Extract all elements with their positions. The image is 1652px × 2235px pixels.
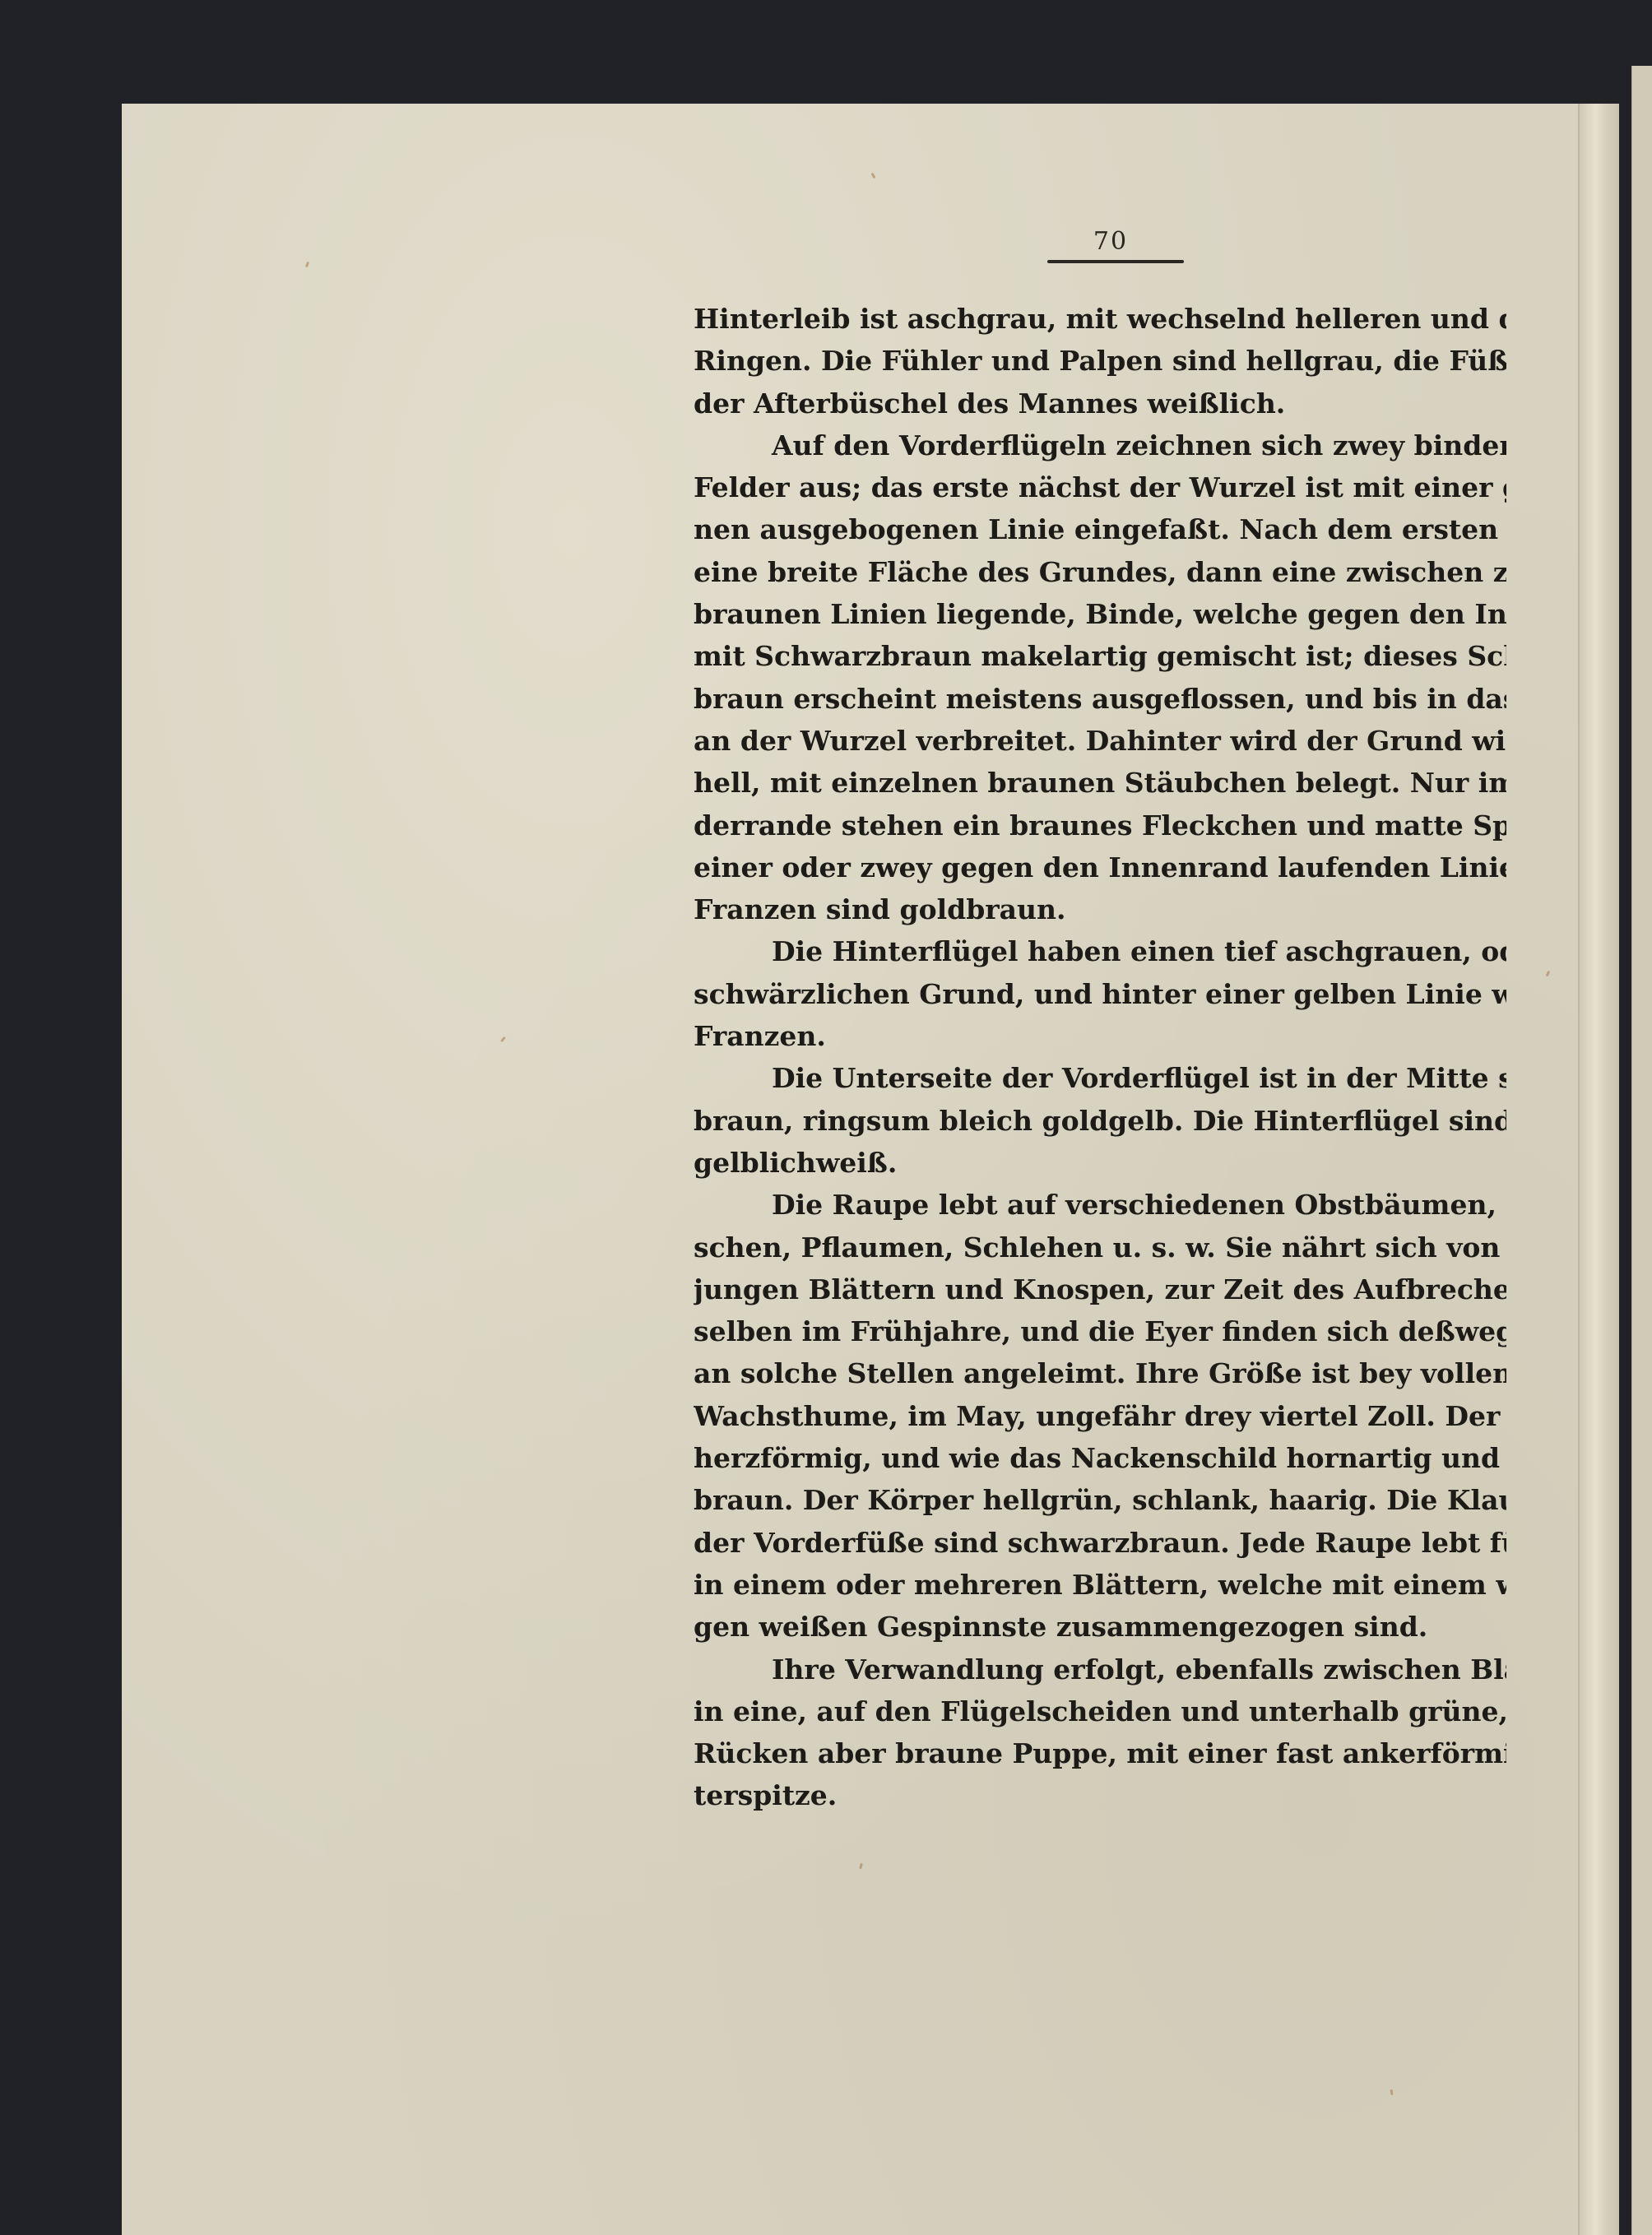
text-line: Franzen sind goldbraun. xyxy=(694,888,1506,930)
text-line: gen weißen Gespinnste zusammengezogen si… xyxy=(694,1606,1506,1648)
header-rule xyxy=(1047,260,1184,263)
page-number: 70 xyxy=(1049,227,1172,256)
text-line: in einem oder mehreren Blättern, welche … xyxy=(694,1564,1506,1606)
text-line: braun. Der Körper hellgrün, schlank, haa… xyxy=(694,1479,1506,1521)
text-line: selben im Frühjahre, und die Eyer finden… xyxy=(694,1310,1506,1352)
text-line: Wachsthume, im May, ungefähr drey vierte… xyxy=(694,1395,1506,1437)
text-line: der Vorderfüße sind schwarzbraun. Jede R… xyxy=(694,1522,1506,1564)
text-line: mit Schwarzbraun makelartig gemischt ist… xyxy=(694,635,1506,677)
text-line: jungen Blättern und Knospen, zur Zeit de… xyxy=(694,1268,1506,1310)
text-line: in eine, auf den Flügelscheiden und unte… xyxy=(694,1690,1506,1732)
text-line: Franzen. xyxy=(694,1015,1506,1057)
body-text: Hinterleib ist aschgrau, mit wechselnd h… xyxy=(694,298,1506,1817)
text-line: Die Unterseite der Vorderflügel ist in d… xyxy=(694,1057,1506,1099)
text-line: schwärzlichen Grund, und hinter einer ge… xyxy=(694,973,1506,1015)
text-line: Hinterleib ist aschgrau, mit wechselnd h… xyxy=(694,298,1506,340)
paragraph: Ihre Verwandlung erfolgt, ebenfalls zwis… xyxy=(694,1648,1506,1817)
text-line: Ihre Verwandlung erfolgt, ebenfalls zwis… xyxy=(694,1648,1506,1690)
text-line: herzförmig, und wie das Nackenschild hor… xyxy=(694,1437,1506,1479)
text-line: braun, ringsum bleich goldgelb. Die Hint… xyxy=(694,1100,1506,1142)
text-line: schen, Pflaumen, Schlehen u. s. w. Sie n… xyxy=(694,1226,1506,1268)
text-line: braunen Linien liegende, Binde, welche g… xyxy=(694,593,1506,635)
text-line: nen ausgebogenen Linie eingefaßt. Nach d… xyxy=(694,508,1506,550)
text-line: hell, mit einzelnen braunen Stäubchen be… xyxy=(694,762,1506,804)
paragraph: Hinterleib ist aschgrau, mit wechselnd h… xyxy=(694,298,1506,424)
text-line: gelblichweiß. xyxy=(694,1142,1506,1184)
text-line: eine breite Fläche des Grundes, dann ein… xyxy=(694,551,1506,593)
text-line: derrande stehen ein braunes Fleckchen un… xyxy=(694,805,1506,846)
text-line: terspitze. xyxy=(694,1774,1506,1816)
paragraph: Die Hinterflügel haben einen tief aschgr… xyxy=(694,930,1506,1057)
paragraph: Auf den Vorderflügeln zeichnen sich zwey… xyxy=(694,424,1506,931)
text-line: Felder aus; das erste nächst der Wurzel … xyxy=(694,466,1506,508)
text-line: der Afterbüschel des Mannes weißlich. xyxy=(694,383,1506,424)
paragraph: Die Unterseite der Vorderflügel ist in d… xyxy=(694,1057,1506,1184)
text-line: Die Hinterflügel haben einen tief aschgr… xyxy=(694,930,1506,972)
text-line: einer oder zwey gegen den Innenrand lauf… xyxy=(694,846,1506,888)
text-line: an der Wurzel verbreitet. Dahinter wird … xyxy=(694,720,1506,762)
text-line: Rücken aber braune Puppe, mit einer fast… xyxy=(694,1732,1506,1774)
page-gutter xyxy=(1578,104,1619,2235)
paragraph: Die Raupe lebt auf verschiedenen Obstbäu… xyxy=(694,1184,1506,1648)
adjacent-page-edge xyxy=(1631,66,1652,2235)
text-line: Die Raupe lebt auf verschiedenen Obstbäu… xyxy=(694,1184,1506,1226)
text-line: Auf den Vorderflügeln zeichnen sich zwey… xyxy=(694,424,1506,466)
text-line: Ringen. Die Fühler und Palpen sind hellg… xyxy=(694,340,1506,382)
text-line: braun erscheint meistens ausgeflossen, u… xyxy=(694,678,1506,720)
text-line: an solche Stellen angeleimt. Ihre Größe … xyxy=(694,1352,1506,1394)
